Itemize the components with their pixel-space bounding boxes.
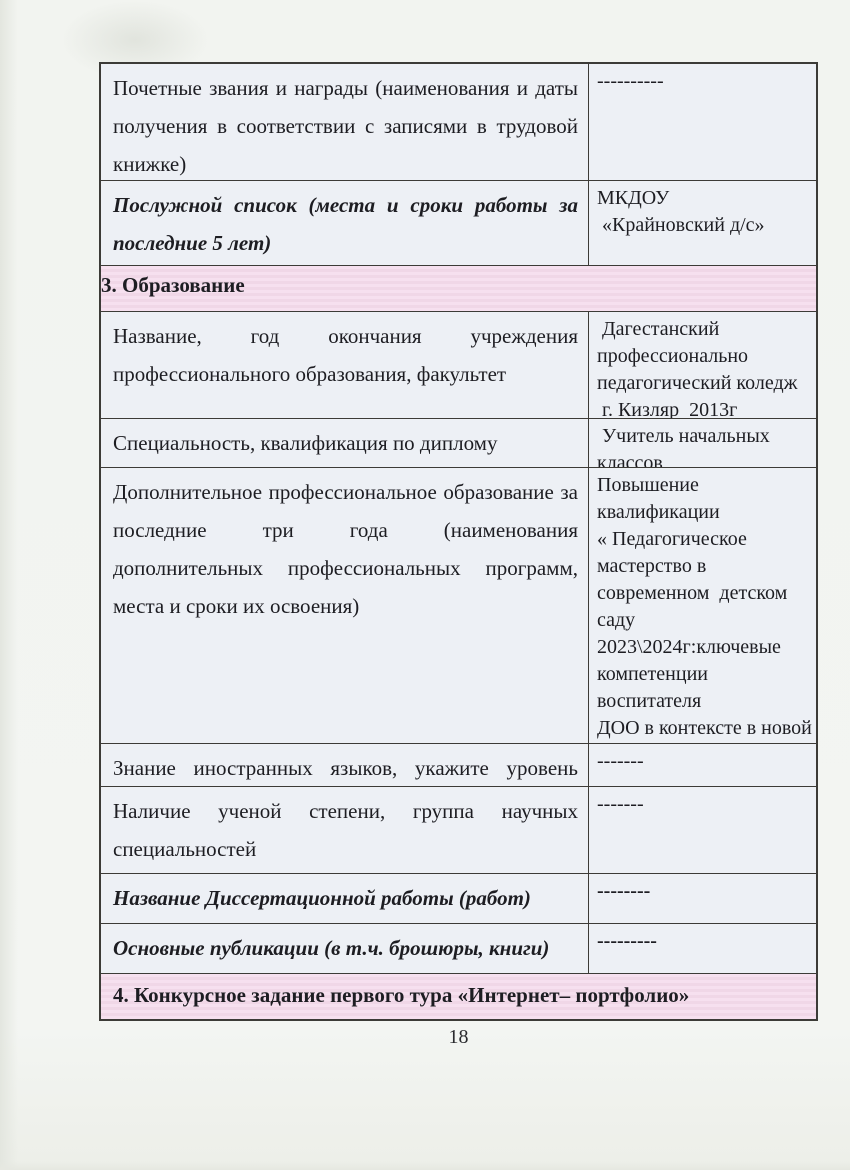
row-value: ------- [589, 787, 816, 873]
scanned-document-page: Почетные звания и награды (наименования … [0, 0, 850, 1170]
row-label: Основные публикации (в т.ч. брошюры, кни… [101, 924, 589, 973]
table-row-specialty: Специальность, квалификация по диплому У… [101, 419, 816, 468]
section-row-education: 3. Образование [101, 266, 816, 312]
row-label: Название, год окончания учреждения профе… [101, 312, 589, 418]
section-header-education: 3. Образование [101, 273, 245, 311]
table-row-dissertation: Название Диссертационной работы (работ) … [101, 874, 816, 924]
row-label: Почетные звания и награды (наименования … [101, 64, 589, 180]
row-value: -------- [589, 874, 816, 923]
row-label: Название Диссертационной работы (работ) [101, 874, 589, 923]
table-row-additional-education: Дополнительное профессиональное образова… [101, 468, 816, 744]
section-header-contest: 4. Конкурсное задание первого тура «Инте… [113, 983, 689, 1019]
table-row-service-record: Послужной список (места и сроки работы з… [101, 181, 816, 266]
row-value: Дагестанский профессионально педагогичес… [589, 312, 816, 418]
row-label: Послужной список (места и сроки работы з… [101, 181, 589, 265]
table-row-publications: Основные публикации (в т.ч. брошюры, кни… [101, 924, 816, 974]
section-row-contest-task: 4. Конкурсное задание первого тура «Инте… [101, 974, 816, 1019]
table-row-foreign-languages: Знание иностранных языков, укажите урове… [101, 744, 816, 787]
table-row-honors-awards: Почетные звания и награды (наименования … [101, 64, 816, 181]
page-number: 18 [99, 1026, 818, 1049]
row-label: Специальность, квалификация по диплому [101, 419, 589, 467]
scan-bottom-edge-shadow [0, 1161, 850, 1170]
row-value: ------- [589, 744, 816, 786]
row-value: --------- [589, 924, 816, 973]
row-value: Повышение квалификации « Педагогическое … [589, 468, 816, 743]
row-label: Наличие ученой степени, группа научных с… [101, 787, 589, 873]
row-value: МКДОУ «Крайновский д/с» [589, 181, 816, 265]
row-label: Дополнительное профессиональное образова… [101, 468, 589, 743]
row-value: ---------- [589, 64, 816, 180]
row-value: Учитель начальных классов [589, 419, 816, 467]
row-label: Знание иностранных языков, укажите урове… [101, 744, 589, 786]
candidate-info-table: Почетные звания и награды (наименования … [99, 62, 818, 1021]
table-row-academic-degree: Наличие ученой степени, группа научных с… [101, 787, 816, 874]
table-row-education-institution: Название, год окончания учреждения профе… [101, 312, 816, 419]
scan-left-edge-shadow [0, 0, 18, 1170]
